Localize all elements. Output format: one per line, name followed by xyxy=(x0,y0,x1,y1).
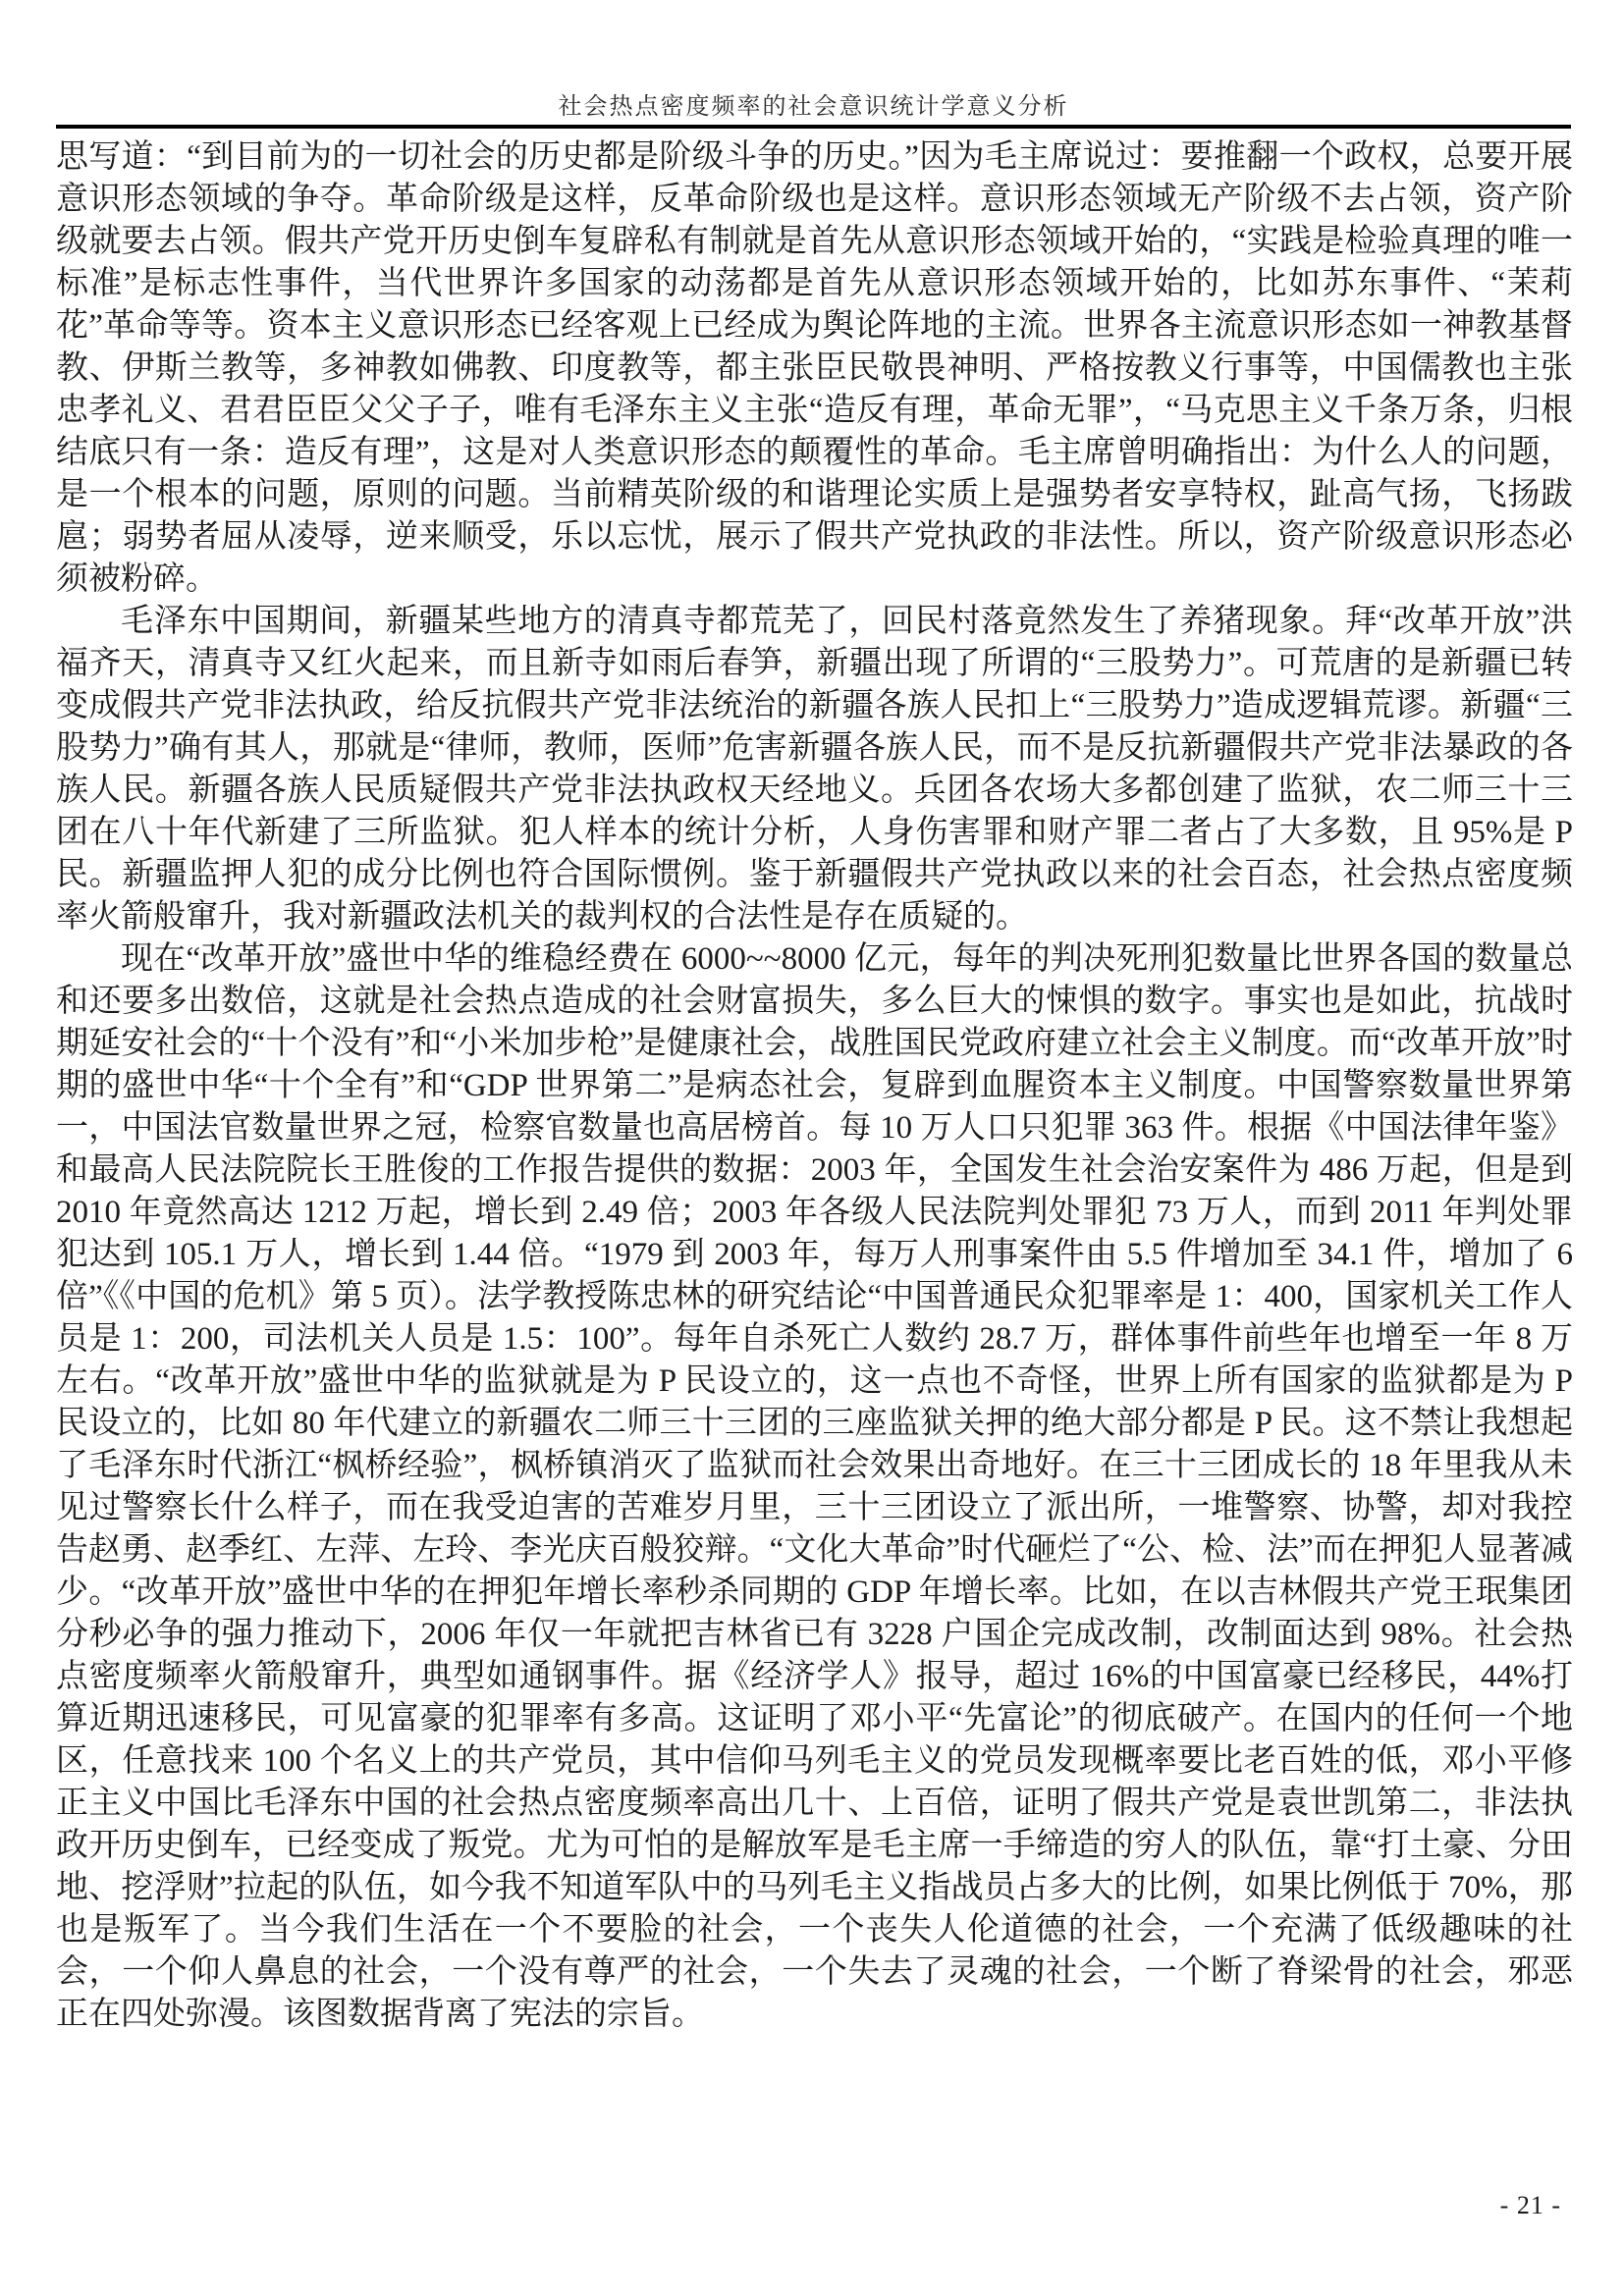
page-number: - 21 - xyxy=(1500,2191,1561,2219)
header-title: 社会热点密度频率的社会意识统计学意义分析 xyxy=(56,86,1571,121)
page-header: 社会热点密度频率的社会意识统计学意义分析 xyxy=(56,86,1571,121)
page-footer: - 21 - xyxy=(1500,2191,1561,2220)
paragraph-3: 现在“改革开放”盛世中华的维稳经费在 6000~~8000 亿元，每年的判决死刑… xyxy=(56,938,1573,2036)
document-body: 思写道：“到目前为的一切社会的历史都是阶级斗争的历史。”因为毛主席说过：要推翻一… xyxy=(56,136,1573,2036)
paragraph-2: 毛泽东中国期间，新疆某些地方的清真寺都荒芜了，回民村落竟然发生了养猪现象。拜“改… xyxy=(56,601,1573,938)
header-divider xyxy=(56,125,1571,129)
paragraph-1: 思写道：“到目前为的一切社会的历史都是阶级斗争的历史。”因为毛主席说过：要推翻一… xyxy=(56,136,1573,601)
document-page: 社会热点密度频率的社会意识统计学意义分析 思写道：“到目前为的一切社会的历史都是… xyxy=(0,0,1624,2296)
